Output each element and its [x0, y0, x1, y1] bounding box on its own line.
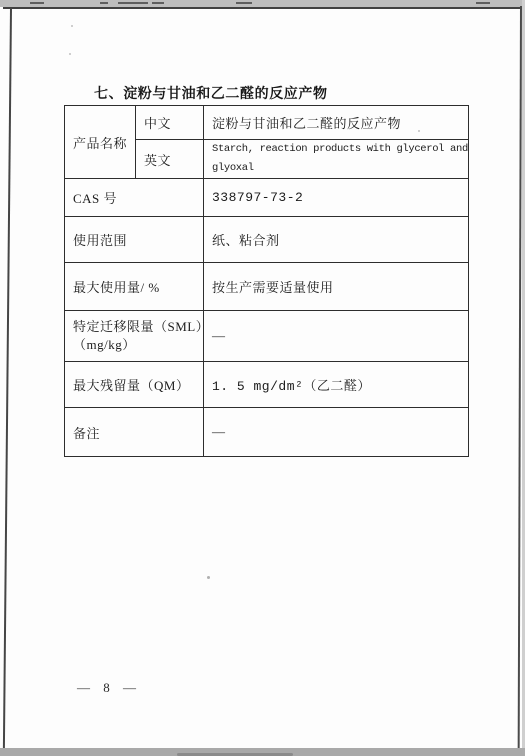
sml-limit-label-line1: 特定迁移限量（SML）/ [73, 318, 203, 336]
english-name-line2: glyoxal [212, 159, 468, 178]
english-name-line1: Starch, reaction products with glycerol … [212, 140, 468, 159]
scan-noise-mark [118, 2, 148, 4]
scan-noise-mark [476, 2, 490, 4]
scan-speck [207, 576, 210, 579]
sml-limit-value: — [204, 311, 469, 362]
row-max-usage: 最大使用量/ % 按生产需要适量使用 [65, 263, 469, 311]
scan-noise-mark [100, 2, 108, 4]
usage-scope-value: 纸、粘合剂 [204, 217, 469, 263]
sml-limit-label: 特定迁移限量（SML）/ （mg/kg） [65, 311, 204, 362]
remarks-value: — [204, 408, 469, 457]
max-residue-label: 最大残留量（QM） [65, 362, 204, 408]
usage-scope-label: 使用范围 [65, 217, 204, 263]
scan-noise-mark [236, 2, 252, 4]
max-residue-value: 1. 5 mg/dm²（乙二醛） [204, 362, 469, 408]
remarks-label: 备注 [65, 408, 204, 457]
cas-number-value: 338797-73-2 [204, 179, 469, 217]
scan-edge-top-strip [0, 0, 525, 7]
scanned-document-page: 七、淀粉与甘油和乙二醛的反应产物 产品名称 中文 淀粉与甘油和乙二醛的反应产物 … [0, 0, 525, 756]
scan-noise-mark [30, 2, 44, 4]
section-title: 七、淀粉与甘油和乙二醛的反应产物 [94, 83, 328, 106]
chinese-label: 中文 [136, 106, 204, 140]
sml-limit-label-line2: （mg/kg） [73, 336, 203, 354]
row-max-residue: 最大残留量（QM） 1. 5 mg/dm²（乙二醛） [65, 362, 469, 408]
row-product-name-chinese: 产品名称 中文 淀粉与甘油和乙二醛的反应产物 [65, 106, 469, 140]
chinese-name-value: 淀粉与甘油和乙二醛的反应产物 [204, 106, 469, 140]
page-number: — 8 — [77, 680, 137, 696]
english-name-value: Starch, reaction products with glycerol … [204, 140, 469, 179]
row-sml-limit: 特定迁移限量（SML）/ （mg/kg） — [65, 311, 469, 362]
scan-border-top-line [3, 7, 524, 9]
product-name-label: 产品名称 [65, 106, 136, 179]
max-usage-label: 最大使用量/ % [65, 263, 204, 311]
product-spec-table: 产品名称 中文 淀粉与甘油和乙二醛的反应产物 英文 Starch, reacti… [64, 105, 469, 457]
scan-speck [71, 25, 73, 27]
english-label: 英文 [136, 140, 204, 179]
scan-edge-bottom-band [0, 748, 525, 756]
cas-number-label: CAS 号 [65, 179, 204, 217]
row-remarks: 备注 — [65, 408, 469, 457]
scan-border-left-line [3, 8, 12, 749]
scan-speck [69, 53, 71, 55]
row-usage-scope: 使用范围 纸、粘合剂 [65, 217, 469, 263]
scan-noise-mark [152, 2, 164, 4]
max-usage-value: 按生产需要适量使用 [204, 263, 469, 311]
row-cas-number: CAS 号 338797-73-2 [65, 179, 469, 217]
